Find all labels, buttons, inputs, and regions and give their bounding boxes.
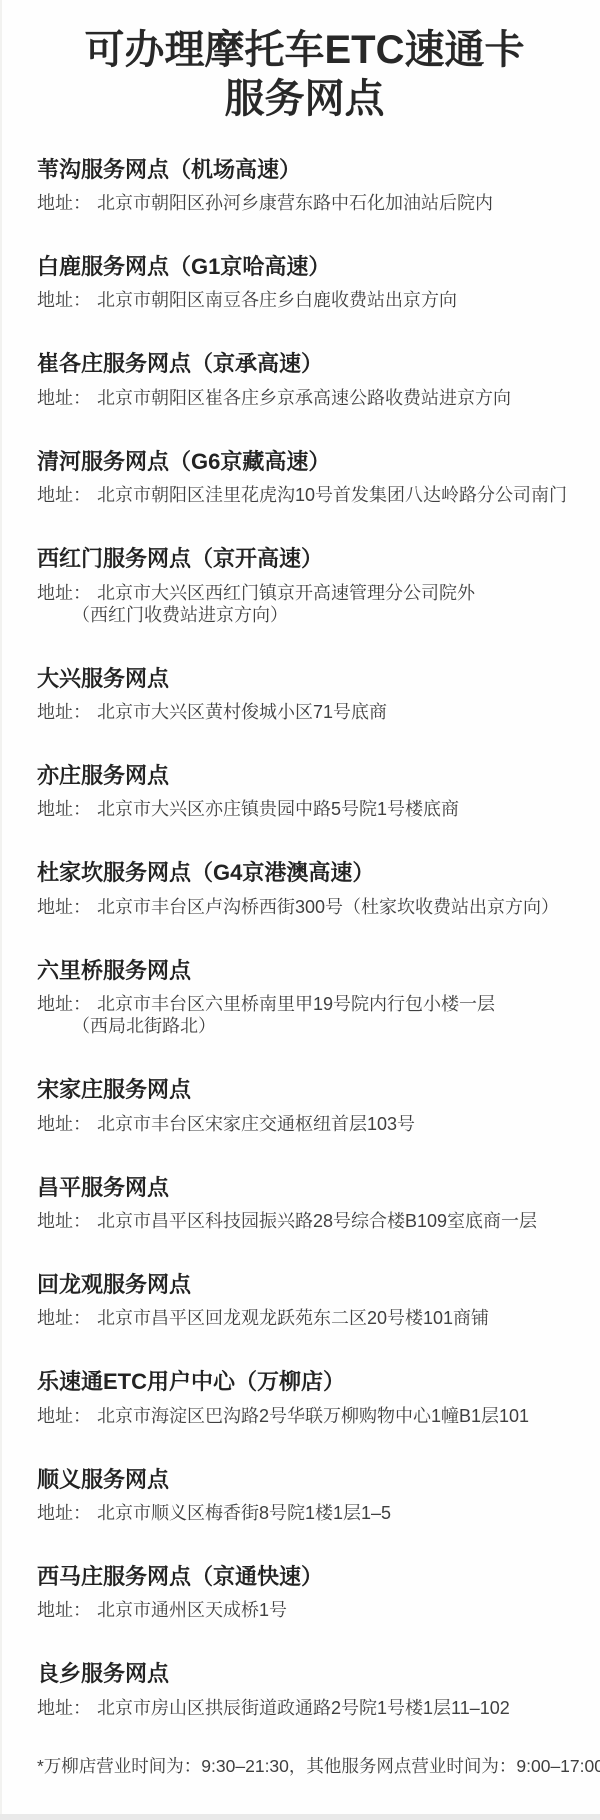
address-line-continued: （西红门收费站进京方向） <box>72 604 572 626</box>
service-location: 崔各庄服务网点（京承高速） 地址：北京市朝阳区崔各庄乡京承高速公路收费站进京方向 <box>37 351 572 408</box>
address-label: 地址： <box>37 1211 91 1231</box>
location-address: 地址：北京市通州区天成桥1号 <box>37 1599 572 1621</box>
location-address: 地址：北京市丰台区卢沟桥西街300号（杜家坎收费站出京方向） <box>37 896 572 918</box>
location-name: 崔各庄服务网点（京承高速） <box>37 351 572 377</box>
address-label: 地址： <box>37 1406 91 1426</box>
location-address: 地址：北京市朝阳区洼里花虎沟10号首发集团八达岭路分公司南门 <box>37 484 572 506</box>
address-line: 地址：北京市朝阳区洼里花虎沟10号首发集团八达岭路分公司南门 <box>72 484 572 506</box>
address-text: 北京市朝阳区南豆各庄乡白鹿收费站出京方向 <box>97 290 457 310</box>
location-name: 回龙观服务网点 <box>37 1272 572 1298</box>
address-text: 北京市朝阳区孙河乡康营东路中石化加油站后院内 <box>97 193 493 213</box>
address-line: 地址：北京市丰台区宋家庄交通枢纽首层103号 <box>72 1113 572 1135</box>
address-line: 地址：北京市海淀区巴沟路2号华联万柳购物中心1幢B1层101 <box>72 1405 572 1427</box>
location-name: 西红门服务网点（京开高速） <box>37 546 572 572</box>
address-text: 北京市大兴区西红门镇京开高速管理分公司院外 <box>97 583 475 603</box>
location-name: 良乡服务网点 <box>37 1661 572 1687</box>
address-line: 地址：北京市大兴区黄村俊城小区71号底商 <box>72 701 572 723</box>
location-address: 地址：北京市丰台区宋家庄交通枢纽首层103号 <box>37 1113 572 1135</box>
address-text: 北京市朝阳区洼里花虎沟10号首发集团八达岭路分公司南门 <box>97 485 567 505</box>
location-name: 顺义服务网点 <box>37 1467 572 1493</box>
address-label: 地址： <box>37 485 91 505</box>
location-name: 乐速通ETC用户中心（万柳店） <box>37 1369 572 1395</box>
bottom-page-edge <box>0 1814 600 1820</box>
service-location: 宋家庄服务网点 地址：北京市丰台区宋家庄交通枢纽首层103号 <box>37 1077 572 1134</box>
address-line: 地址：北京市朝阳区崔各庄乡京承高速公路收费站进京方向 <box>72 387 572 409</box>
address-label: 地址： <box>37 702 91 722</box>
address-label: 地址： <box>37 388 91 408</box>
address-text: 北京市大兴区亦庄镇贵园中路5号院1号楼底商 <box>97 799 459 819</box>
location-address: 地址：北京市房山区拱辰街道政通路2号院1号楼1层11–102 <box>37 1697 572 1719</box>
address-label: 地址： <box>37 193 91 213</box>
service-location: 杜家坎服务网点（G4京港澳高速） 地址：北京市丰台区卢沟桥西街300号（杜家坎收… <box>37 860 572 917</box>
location-name: 白鹿服务网点（G1京哈高速） <box>37 254 572 280</box>
location-name: 昌平服务网点 <box>37 1175 572 1201</box>
location-name: 西马庄服务网点（京通快速） <box>37 1564 572 1590</box>
service-location: 乐速通ETC用户中心（万柳店） 地址：北京市海淀区巴沟路2号华联万柳购物中心1幢… <box>37 1369 572 1426</box>
address-line: 地址：北京市昌平区科技园振兴路28号综合楼B109室底商一层 <box>72 1210 572 1232</box>
address-line: 地址：北京市顺义区梅香街8号院1楼1层1–5 <box>72 1502 572 1524</box>
business-hours-note: *万柳店营业时间为：9:30–21:30，其他服务网点营业时间为：9:00–17… <box>37 1753 572 1778</box>
page-title-line2: 服务网点 <box>37 75 572 124</box>
address-text: 北京市通州区天成桥1号 <box>97 1600 287 1620</box>
address-line: 地址：北京市丰台区六里桥南里甲19号院内行包小楼一层 <box>72 993 572 1015</box>
service-location: 苇沟服务网点（机场高速） 地址：北京市朝阳区孙河乡康营东路中石化加油站后院内 <box>37 157 572 214</box>
address-line: 地址：北京市大兴区西红门镇京开高速管理分公司院外 <box>72 582 572 604</box>
address-text: 北京市昌平区回龙观龙跃苑东二区20号楼101商铺 <box>97 1308 489 1328</box>
address-text: 北京市海淀区巴沟路2号华联万柳购物中心1幢B1层101 <box>97 1406 529 1426</box>
location-address: 地址：北京市朝阳区孙河乡康营东路中石化加油站后院内 <box>37 192 572 214</box>
location-address: 地址：北京市昌平区回龙观龙跃苑东二区20号楼101商铺 <box>37 1307 572 1329</box>
service-location-list: 苇沟服务网点（机场高速） 地址：北京市朝阳区孙河乡康营东路中石化加油站后院内 白… <box>37 157 572 1719</box>
location-name: 宋家庄服务网点 <box>37 1077 572 1103</box>
address-text: 北京市丰台区六里桥南里甲19号院内行包小楼一层 <box>97 994 495 1014</box>
address-label: 地址： <box>37 994 91 1014</box>
address-text: 北京市顺义区梅香街8号院1楼1层1–5 <box>97 1503 391 1523</box>
service-location: 大兴服务网点 地址：北京市大兴区黄村俊城小区71号底商 <box>37 666 572 723</box>
address-label: 地址： <box>37 1698 91 1718</box>
page-title-line1: 可办理摩托车ETC速通卡 <box>37 26 572 75</box>
location-address: 地址：北京市大兴区亦庄镇贵园中路5号院1号楼底商 <box>37 798 572 820</box>
address-text: 北京市丰台区宋家庄交通枢纽首层103号 <box>97 1114 415 1134</box>
service-location: 亦庄服务网点 地址：北京市大兴区亦庄镇贵园中路5号院1号楼底商 <box>37 763 572 820</box>
address-label: 地址： <box>37 583 91 603</box>
address-line-continued: （西局北街路北） <box>72 1015 572 1037</box>
location-name: 杜家坎服务网点（G4京港澳高速） <box>37 860 572 886</box>
service-location: 白鹿服务网点（G1京哈高速） 地址：北京市朝阳区南豆各庄乡白鹿收费站出京方向 <box>37 254 572 311</box>
location-name: 清河服务网点（G6京藏高速） <box>37 449 572 475</box>
address-line: 地址：北京市大兴区亦庄镇贵园中路5号院1号楼底商 <box>72 798 572 820</box>
address-line: 地址：北京市朝阳区孙河乡康营东路中石化加油站后院内 <box>72 192 572 214</box>
service-location: 顺义服务网点 地址：北京市顺义区梅香街8号院1楼1层1–5 <box>37 1467 572 1524</box>
address-line: 地址：北京市丰台区卢沟桥西街300号（杜家坎收费站出京方向） <box>72 896 572 918</box>
address-line: 地址：北京市朝阳区南豆各庄乡白鹿收费站出京方向 <box>72 289 572 311</box>
notice-page: 可办理摩托车ETC速通卡 服务网点 苇沟服务网点（机场高速） 地址：北京市朝阳区… <box>0 0 600 1778</box>
address-label: 地址： <box>37 290 91 310</box>
address-label: 地址： <box>37 799 91 819</box>
service-location: 良乡服务网点 地址：北京市房山区拱辰街道政通路2号院1号楼1层11–102 <box>37 1661 572 1718</box>
location-address: 地址：北京市大兴区黄村俊城小区71号底商 <box>37 701 572 723</box>
address-text: 北京市丰台区卢沟桥西街300号（杜家坎收费站出京方向） <box>97 897 559 917</box>
address-label: 地址： <box>37 1503 91 1523</box>
address-line: 地址：北京市房山区拱辰街道政通路2号院1号楼1层11–102 <box>72 1697 572 1719</box>
service-location: 西红门服务网点（京开高速） 地址：北京市大兴区西红门镇京开高速管理分公司院外（西… <box>37 546 572 625</box>
address-label: 地址： <box>37 1308 91 1328</box>
location-address: 地址：北京市昌平区科技园振兴路28号综合楼B109室底商一层 <box>37 1210 572 1232</box>
location-address: 地址：北京市顺义区梅香街8号院1楼1层1–5 <box>37 1502 572 1524</box>
service-location: 昌平服务网点 地址：北京市昌平区科技园振兴路28号综合楼B109室底商一层 <box>37 1175 572 1232</box>
location-name: 亦庄服务网点 <box>37 763 572 789</box>
address-text: 北京市昌平区科技园振兴路28号综合楼B109室底商一层 <box>97 1211 537 1231</box>
left-page-edge <box>0 0 2 1820</box>
location-address: 地址：北京市朝阳区南豆各庄乡白鹿收费站出京方向 <box>37 289 572 311</box>
location-name: 苇沟服务网点（机场高速） <box>37 157 572 183</box>
address-text: 北京市大兴区黄村俊城小区71号底商 <box>97 702 387 722</box>
service-location: 回龙观服务网点 地址：北京市昌平区回龙观龙跃苑东二区20号楼101商铺 <box>37 1272 572 1329</box>
address-line: 地址：北京市通州区天成桥1号 <box>72 1599 572 1621</box>
service-location: 六里桥服务网点 地址：北京市丰台区六里桥南里甲19号院内行包小楼一层（西局北街路… <box>37 958 572 1037</box>
address-text: 北京市房山区拱辰街道政通路2号院1号楼1层11–102 <box>97 1698 510 1718</box>
location-name: 六里桥服务网点 <box>37 958 572 984</box>
location-address: 地址：北京市大兴区西红门镇京开高速管理分公司院外（西红门收费站进京方向） <box>37 582 572 626</box>
location-address: 地址：北京市海淀区巴沟路2号华联万柳购物中心1幢B1层101 <box>37 1405 572 1427</box>
page-title: 可办理摩托车ETC速通卡 服务网点 <box>37 26 572 124</box>
address-text: 北京市朝阳区崔各庄乡京承高速公路收费站进京方向 <box>97 388 511 408</box>
location-name: 大兴服务网点 <box>37 666 572 692</box>
service-location: 清河服务网点（G6京藏高速） 地址：北京市朝阳区洼里花虎沟10号首发集团八达岭路… <box>37 449 572 506</box>
address-label: 地址： <box>37 897 91 917</box>
location-address: 地址：北京市朝阳区崔各庄乡京承高速公路收费站进京方向 <box>37 387 572 409</box>
address-label: 地址： <box>37 1114 91 1134</box>
service-location: 西马庄服务网点（京通快速） 地址：北京市通州区天成桥1号 <box>37 1564 572 1621</box>
address-line: 地址：北京市昌平区回龙观龙跃苑东二区20号楼101商铺 <box>72 1307 572 1329</box>
location-address: 地址：北京市丰台区六里桥南里甲19号院内行包小楼一层（西局北街路北） <box>37 993 572 1037</box>
address-label: 地址： <box>37 1600 91 1620</box>
